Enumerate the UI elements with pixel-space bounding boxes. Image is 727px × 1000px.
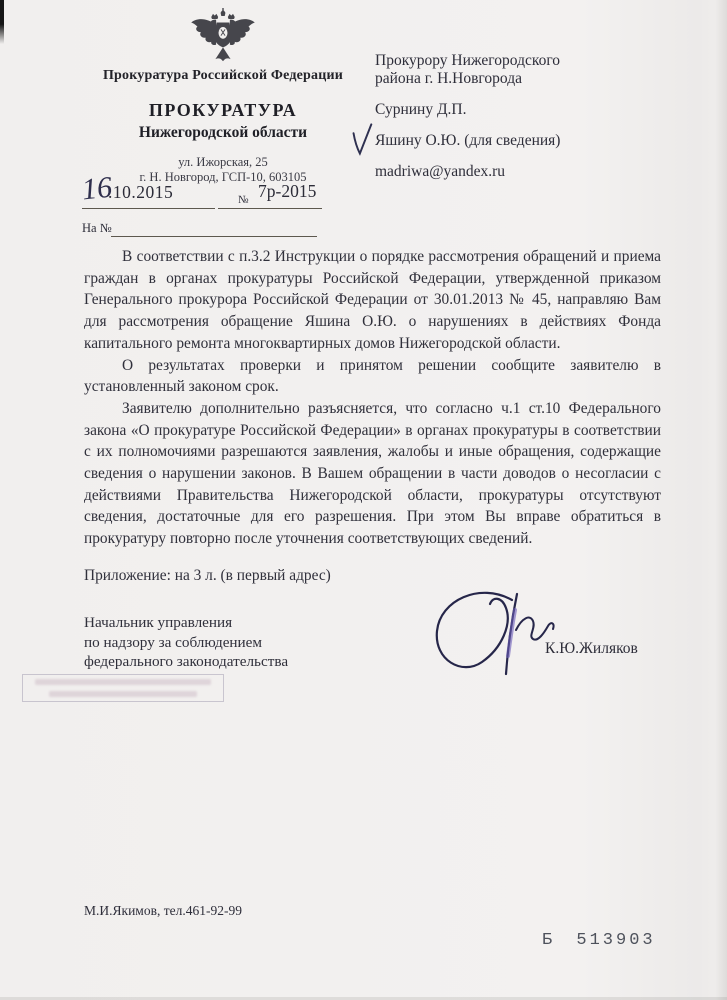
signatory-title-line3: федерального законодательства [84,652,288,672]
number-underline [218,208,322,209]
org-parent-name: Прокуратура Российской Федерации [78,68,368,84]
executor-contact: М.И.Якимов, тел.461-92-99 [84,903,242,919]
scan-edge-artifact [0,0,4,44]
printed-date: .10.2015 [108,182,173,203]
letter-body: В соответствии с п.3.2 Инструкции о поря… [84,246,661,550]
reference-number-row: На № [82,221,382,245]
signatory-title-line1: Начальник управления [84,613,288,633]
outgoing-number: 7р-2015 [258,181,316,202]
recipient-name-1: Сурнину Д.П. [375,101,690,119]
recipient-name-2: Яшину О.Ю. (для сведения) [375,132,560,149]
recipient-email: madriwa@yandex.ru [375,163,690,181]
scanned-letter-page: Прокуратура Российской Федерации ПРОКУРА… [0,0,727,1000]
handwritten-checkmark-icon [351,122,373,158]
attachment-note: Приложение: на 3 л. (в первый адрес) [84,567,331,585]
org-region: Нижегородской области [78,124,368,142]
body-paragraph-1: В соответствии с п.3.2 Инструкции о поря… [84,246,661,355]
recipient-name-2-row: Яшину О.Ю. (для сведения) [375,132,690,150]
reference-underline [111,236,317,237]
faint-stamp [22,674,224,702]
org-address-line1: ул. Ижорская, 25 [78,155,368,170]
recipient-block: Прокурору Нижегородского района г. Н.Нов… [375,52,690,181]
signatory-name: К.Ю.Жиляков [545,640,638,658]
reference-label: На № [82,221,112,235]
scan-edge-artifact [715,0,727,1000]
signatory-title: Начальник управления по надзору за соблю… [84,613,288,672]
recipient-org-line2: района г. Н.Новгорода [375,70,690,88]
form-number: Б 513903 [542,931,656,950]
org-name: ПРОКУРАТУРА [78,100,368,121]
russia-coat-of-arms-icon [187,8,259,66]
number-sign: № [238,194,249,206]
signatory-title-line2: по надзору за соблюдением [84,633,288,653]
recipient-org-line1: Прокурору Нижегородского [375,52,690,70]
body-paragraph-2: О результатах проверки и принятом решени… [84,355,661,398]
date-underline [82,208,215,209]
handwritten-signature [420,586,570,678]
letterhead: Прокуратура Российской Федерации ПРОКУРА… [78,8,368,185]
body-paragraph-3: Заявителю дополнительно разъясняется, чт… [84,398,661,550]
